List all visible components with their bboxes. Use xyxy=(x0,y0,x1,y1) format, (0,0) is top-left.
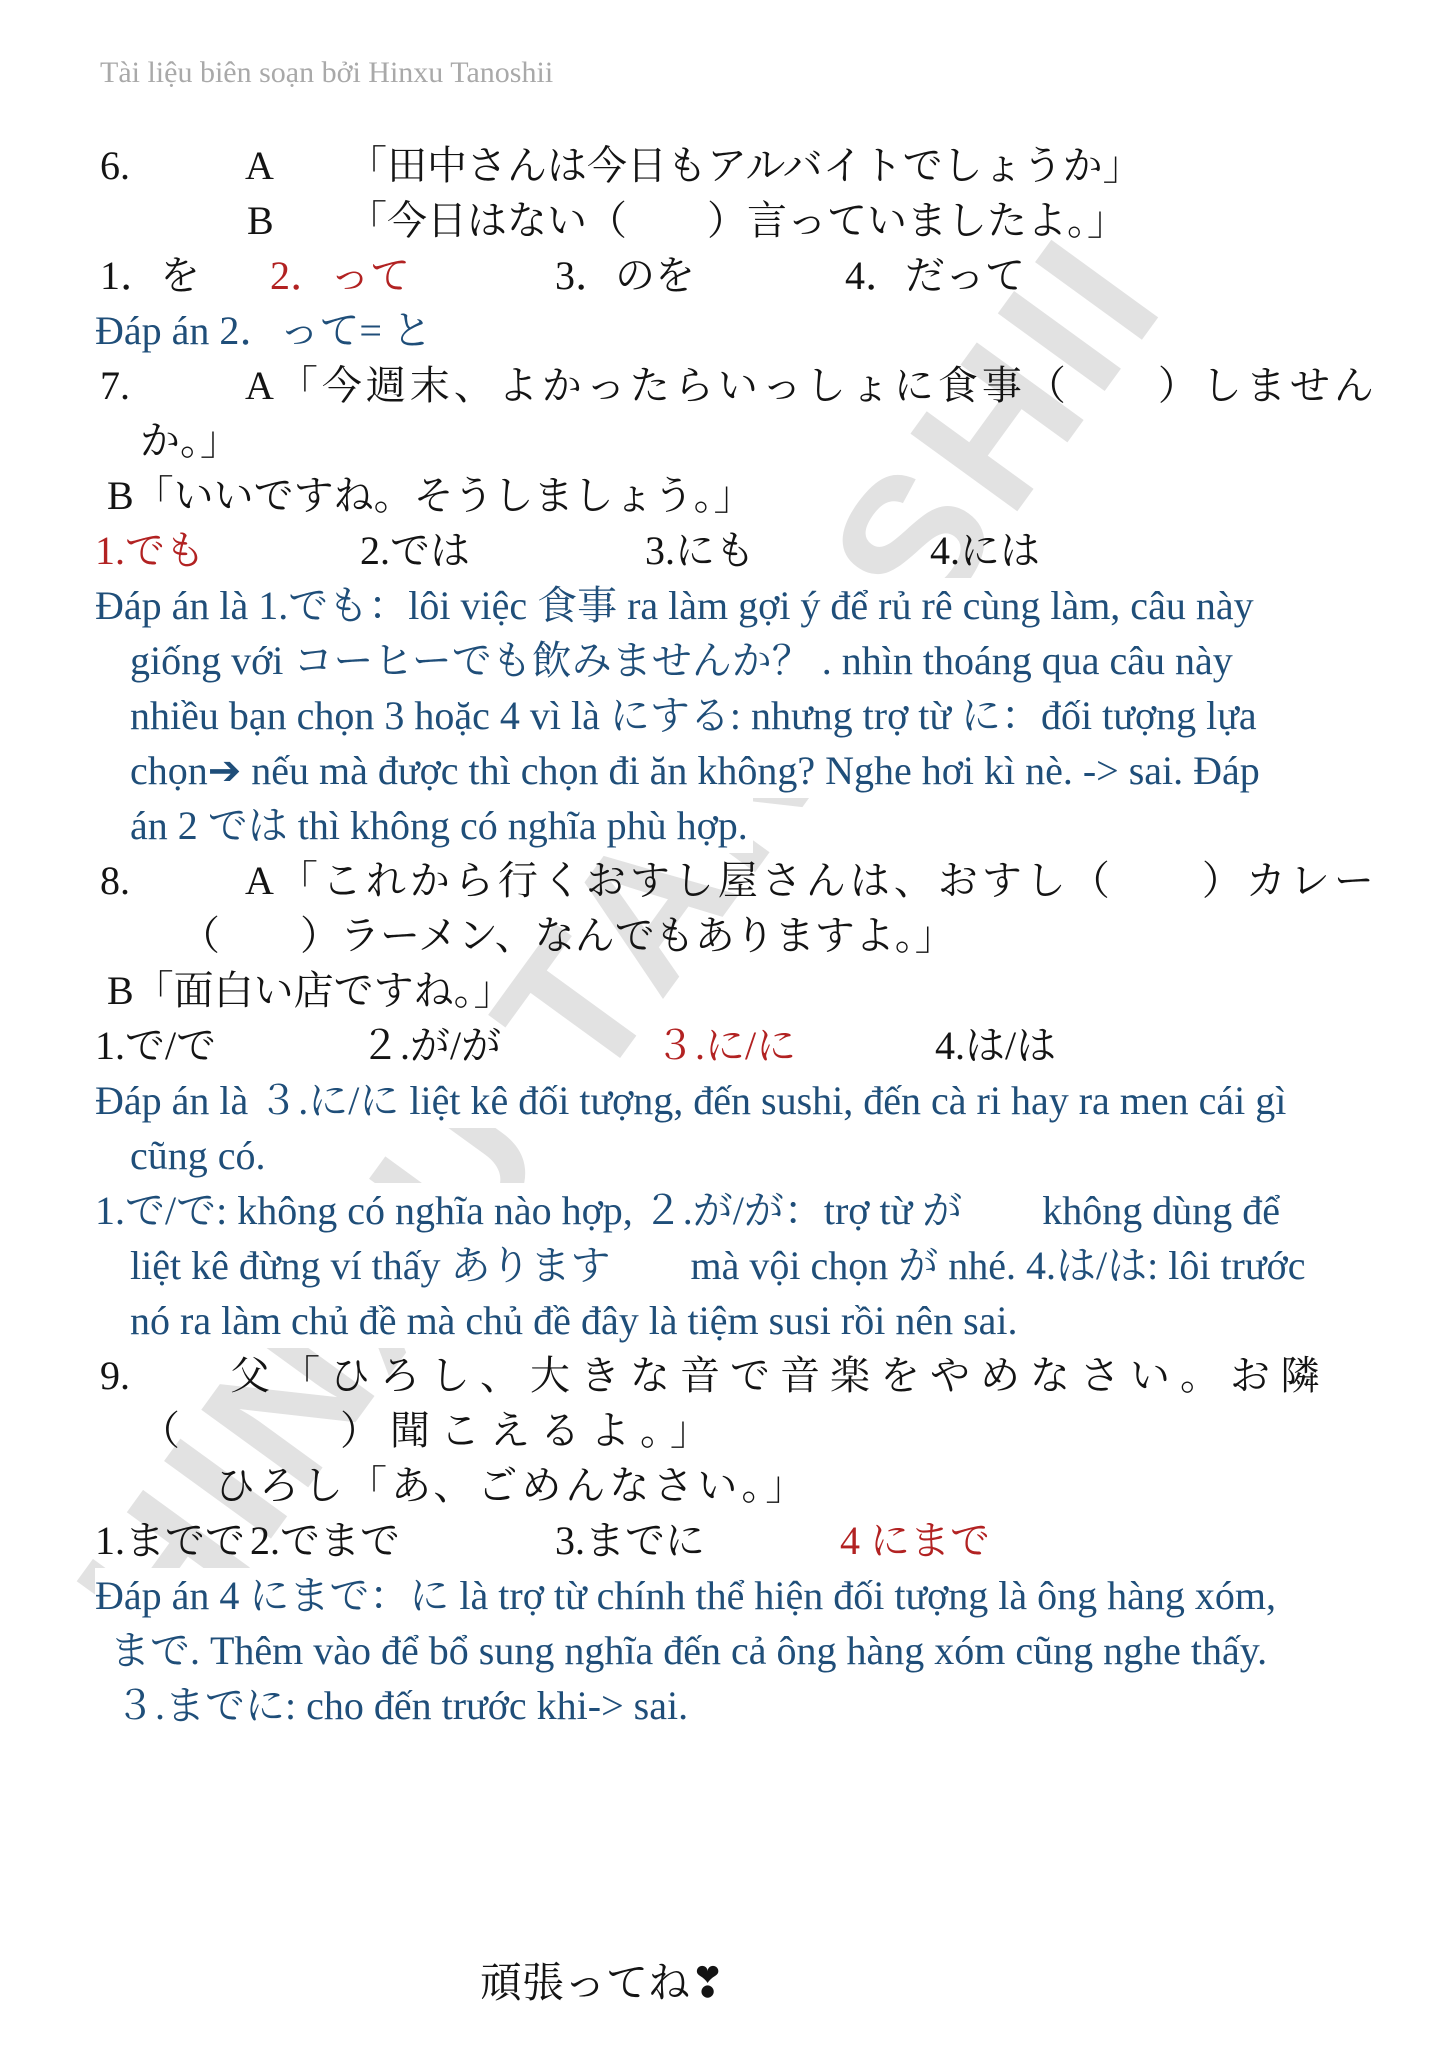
explanation-row: Đáp án là ３.に/に liệt kê đối tượng, đến s… xyxy=(95,1073,1406,1128)
answer-line: Đáp án 2．って= と xyxy=(95,303,437,358)
dialogue-line: A「今週末、よかったらいっしょに食事（ ）しません xyxy=(245,358,1378,413)
content: 6. A 「田中さんは今日もアルバイトでしょうか」 B 「今日はない（ ）言って… xyxy=(95,138,1406,1733)
option: 3．のを xyxy=(555,248,695,303)
dialogue-line: 「今日はない（ ）言っていましたよ。」 xyxy=(347,193,1127,248)
explanation-row: liệt kê đừng ví thấy あります mà vội chọn が … xyxy=(95,1238,1406,1293)
answer-row: Đáp án 2．って= と xyxy=(95,303,1406,358)
explanation-row: chọn➔ nếu mà được thì chọn đi ăn không? … xyxy=(95,743,1406,798)
explanation-line: Đáp án là 1.でも：lôi việc 食事 ra làm gợi ý … xyxy=(95,578,1259,633)
dialogue-line: 父「ひろし、大きな音で音楽をやめなさい。お隣 xyxy=(230,1348,1330,1403)
dialogue-row: B「面白い店ですね。」 xyxy=(95,963,1406,1018)
explanation-line: cũng có. xyxy=(130,1128,271,1183)
dialogue-row: か。」 xyxy=(95,413,1406,468)
dialogue-line: B「いいですね。そうしましょう。」 xyxy=(107,468,754,523)
explanation-line: まで. Thêm vào để bổ sung nghĩa đến cả ông… xyxy=(110,1623,1272,1678)
dialogue-line: A「これから行くおすし屋さんは、おすし（ ）カレー xyxy=(245,853,1378,908)
question-number: 6. xyxy=(100,138,130,193)
option: 3.にも xyxy=(645,523,755,578)
dialogue-row: （ ）聞こえるよ。」 xyxy=(95,1403,1406,1458)
question-number: 9. xyxy=(100,1348,130,1403)
explanation-line: ３.までに: cho đến trước khi-> sai. xyxy=(115,1678,693,1733)
dialogue-line: （ ）聞こえるよ。」 xyxy=(140,1403,720,1458)
explanation-line: án 2 では thì không có nghĩa phù hợp. xyxy=(130,798,753,853)
speaker-label: B xyxy=(247,193,274,248)
dialogue-row: 8. A「これから行くおすし屋さんは、おすし（ ）カレー xyxy=(95,853,1406,908)
option-correct: 2．って xyxy=(270,248,410,303)
explanation-row: án 2 では thì không có nghĩa phù hợp. xyxy=(95,798,1406,853)
document-page: Tài liệu biên soạn bởi Hinxu Tanoshii HI… xyxy=(0,0,1446,2048)
option: 2.でまで xyxy=(250,1513,400,1568)
option: 4.には xyxy=(930,523,1040,578)
option: 1.で/で xyxy=(95,1018,216,1073)
footer-message: 頑張ってね❣ xyxy=(480,1950,725,2010)
explanation-line: 1.で/で: không có nghĩa nào hợp, ２.が/が：trợ… xyxy=(95,1183,1285,1238)
speaker-label: A xyxy=(245,138,274,193)
explanation-line: nó ra làm chủ đề mà chủ đề đây là tiệm s… xyxy=(130,1293,1023,1348)
explanation-row: 1.で/で: không có nghĩa nào hợp, ２.が/が：trợ… xyxy=(95,1183,1406,1238)
explanation-row: Đáp án là 1.でも：lôi việc 食事 ra làm gợi ý … xyxy=(95,578,1406,633)
options-row: 1.までで 2.でまで 3.までに 4 にまで xyxy=(95,1513,1406,1568)
question-6: 6. A 「田中さんは今日もアルバイトでしょうか」 B 「今日はない（ ）言って… xyxy=(95,138,1406,358)
option: 4.は/は xyxy=(935,1018,1056,1073)
dialogue-row: ひろし「あ、ごめんなさい。」 xyxy=(95,1458,1406,1513)
explanation-line: chọn➔ nếu mà được thì chọn đi ăn không? … xyxy=(130,743,1265,798)
dialogue-row: B「いいですね。そうしましょう。」 xyxy=(95,468,1406,523)
option-correct: 4 にまで xyxy=(840,1513,990,1568)
dialogue-row: 6. A 「田中さんは今日もアルバイトでしょうか」 xyxy=(95,138,1406,193)
option: ２.が/が xyxy=(360,1018,501,1073)
credit-line: Tài liệu biên soạn bởi Hinxu Tanoshii xyxy=(100,56,553,90)
explanation-row: nó ra làm chủ đề mà chủ đề đây là tiệm s… xyxy=(95,1293,1406,1348)
explanation-line: giống với コーヒーでも飲みませんか？ . nhìn thoáng qu… xyxy=(130,633,1238,688)
dialogue-line: B「面白い店ですね。」 xyxy=(107,963,514,1018)
question-8: 8. A「これから行くおすし屋さんは、おすし（ ）カレー （ ）ラーメン、なんで… xyxy=(95,853,1406,1348)
option: 1.までで xyxy=(95,1513,245,1568)
question-number: 7. xyxy=(100,358,130,413)
explanation-row: ３.までに: cho đến trước khi-> sai. xyxy=(95,1678,1406,1733)
option: 3.までに xyxy=(555,1513,705,1568)
explanation-row: nhiều bạn chọn 3 hoặc 4 vì là にする: nhưng… xyxy=(95,688,1406,743)
question-number: 8. xyxy=(100,853,130,908)
option: 2.では xyxy=(360,523,470,578)
question-7: 7. A「今週末、よかったらいっしょに食事（ ）しません か。」 B「いいですね… xyxy=(95,358,1406,853)
options-row: 1．を 2．って 3．のを 4．だって xyxy=(95,248,1406,303)
dialogue-line: （ ）ラーメン、なんでもありますよ。」 xyxy=(180,908,955,963)
explanation-line: Đáp án là ３.に/に liệt kê đối tượng, đến s… xyxy=(95,1073,1291,1128)
explanation-row: giống với コーヒーでも飲みませんか？ . nhìn thoáng qu… xyxy=(95,633,1406,688)
explanation-line: liệt kê đừng ví thấy あります mà vội chọn が … xyxy=(130,1238,1310,1293)
option-correct: ３.に/に xyxy=(655,1018,796,1073)
option: 1．を xyxy=(100,248,200,303)
option: 4．だって xyxy=(845,248,1025,303)
explanation-row: まで. Thêm vào để bổ sung nghĩa đến cả ông… xyxy=(95,1623,1406,1678)
dialogue-line: か。」 xyxy=(140,413,240,468)
options-row: 1.でも 2.では 3.にも 4.には xyxy=(95,523,1406,578)
dialogue-row: 7. A「今週末、よかったらいっしょに食事（ ）しません xyxy=(95,358,1406,413)
options-row: 1.で/で ２.が/が ３.に/に 4.は/は xyxy=(95,1018,1406,1073)
question-9: 9. 父「ひろし、大きな音で音楽をやめなさい。お隣 （ ）聞こえるよ。」 ひろし… xyxy=(95,1348,1406,1733)
dialogue-row: 9. 父「ひろし、大きな音で音楽をやめなさい。お隣 xyxy=(95,1348,1406,1403)
explanation-line: nhiều bạn chọn 3 hoặc 4 vì là にする: nhưng… xyxy=(130,688,1262,743)
explanation-row: Đáp án 4 にまで：に là trợ từ chính thể hiện … xyxy=(95,1568,1406,1623)
explanation-row: cũng có. xyxy=(95,1128,1406,1183)
dialogue-row: （ ）ラーメン、なんでもありますよ。」 xyxy=(95,908,1406,963)
dialogue-row: B 「今日はない（ ）言っていましたよ。」 xyxy=(95,193,1406,248)
explanation-line: Đáp án 4 にまで：に là trợ từ chính thể hiện … xyxy=(95,1568,1281,1623)
dialogue-line: ひろし「あ、ごめんなさい。」 xyxy=(215,1458,809,1513)
option-correct: 1.でも xyxy=(95,523,205,578)
dialogue-line: 「田中さんは今日もアルバイトでしょうか」 xyxy=(347,138,1143,193)
